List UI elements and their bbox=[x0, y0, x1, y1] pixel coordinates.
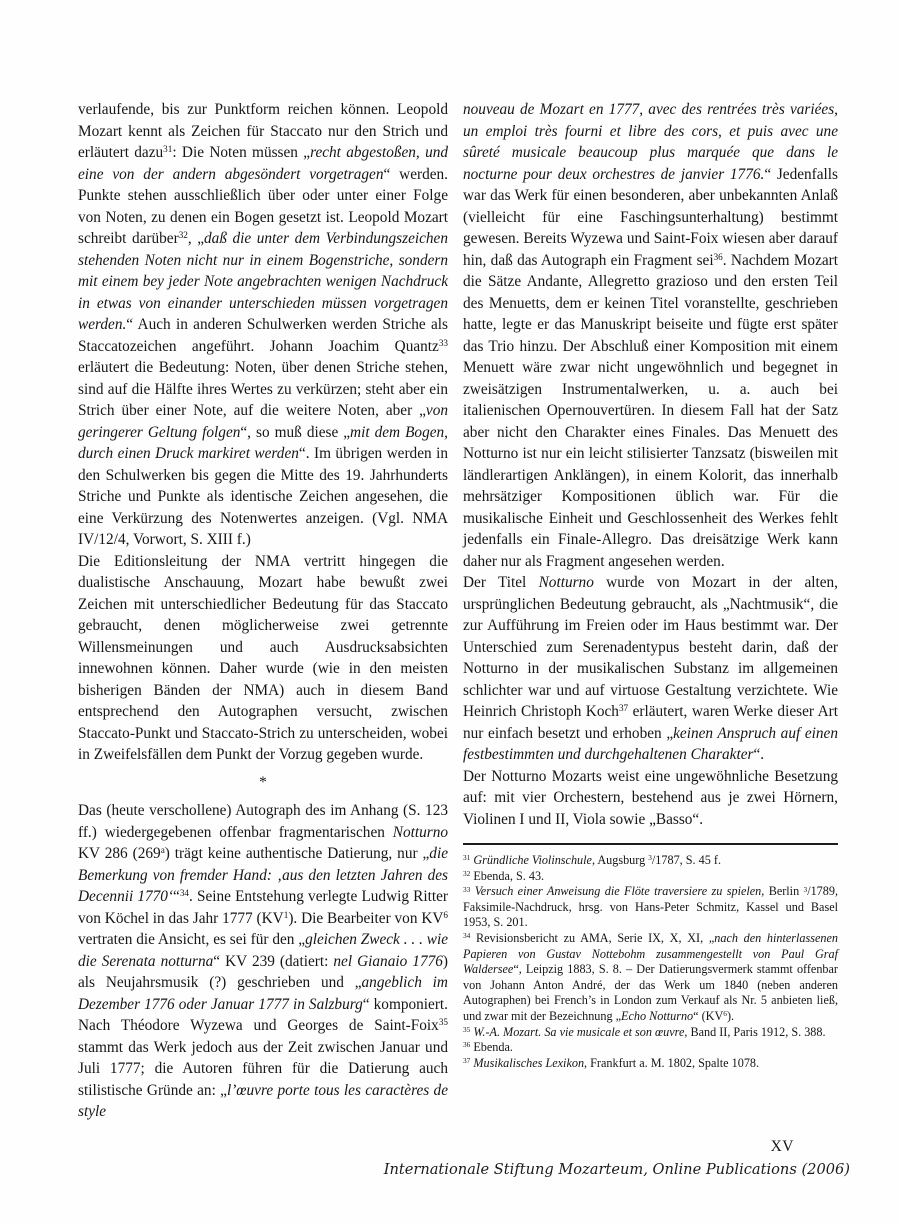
paragraph: Der Notturno Mozarts weist eine ungewöhn… bbox=[463, 766, 838, 831]
superscript-ref: 1 bbox=[284, 910, 289, 920]
text-run: “. bbox=[753, 746, 764, 763]
italic-run: Musikalisches Lexikon bbox=[473, 1056, 584, 1070]
superscript-ref: 36 bbox=[714, 252, 723, 262]
right-column: nouveau de Mozart en 1777, avec des rent… bbox=[463, 99, 838, 1123]
footnote-divider bbox=[463, 843, 838, 845]
footnote-number: 32 bbox=[463, 869, 470, 878]
text-run: “ (KV bbox=[693, 1009, 723, 1023]
document-page: verlaufende, bis zur Punktform reichen k… bbox=[0, 0, 900, 1225]
right-column-paragraphs: nouveau de Mozart en 1777, avec des rent… bbox=[463, 99, 838, 830]
footnote: 34 Revisionsbericht zu AMA, Serie IX, X,… bbox=[463, 931, 838, 1025]
text-run: Die Editionsleitung der NMA vertritt hin… bbox=[78, 553, 448, 764]
paragraph: Der Titel Notturno wurde von Mozart in d… bbox=[463, 572, 838, 766]
superscript-ref: 3 bbox=[804, 885, 808, 894]
paragraph: nouveau de Mozart en 1777, avec des rent… bbox=[463, 99, 838, 572]
text-run: , Frankfurt a. M. 1802, Spalte 1078. bbox=[584, 1056, 759, 1070]
text-run: “ KV 239 (datiert: bbox=[213, 953, 333, 970]
superscript-ref: 33 bbox=[439, 338, 448, 348]
text-run: , „ bbox=[188, 230, 204, 247]
footnote: 33 Versuch einer Anweisung die Flöte tra… bbox=[463, 884, 838, 931]
text-run: “ bbox=[173, 888, 180, 905]
footnote: 35 W.-A. Mozart. Sa vie musicale et son … bbox=[463, 1025, 838, 1041]
text-run: Der Notturno Mozarts weist eine ungewöhn… bbox=[463, 768, 838, 828]
paragraph: Die Editionsleitung der NMA vertritt hin… bbox=[78, 551, 448, 766]
text-run: ). bbox=[727, 1009, 734, 1023]
text-run: “, so muß diese „ bbox=[240, 424, 350, 441]
text-run: vertraten die Ansicht, es sei für den „ bbox=[78, 931, 305, 948]
text-run: Der Titel bbox=[463, 574, 539, 591]
text-run: ) trägt keine authentische Datierung, nu… bbox=[165, 845, 430, 862]
superscript-ref: 31 bbox=[163, 144, 172, 154]
superscript-ref: 37 bbox=[619, 703, 628, 713]
page-number: XV bbox=[771, 1138, 794, 1156]
footnote-number: 35 bbox=[463, 1025, 470, 1034]
text-run: KV 286 (269 bbox=[78, 845, 161, 862]
superscript-ref: 3 bbox=[648, 853, 652, 862]
superscript-ref: 34 bbox=[180, 888, 189, 898]
text-run: Ebenda. bbox=[473, 1040, 513, 1054]
footnote-number: 33 bbox=[463, 885, 470, 894]
text-run: , Berlin bbox=[761, 884, 803, 898]
text-run: , Band II, Paris 1912, S. 388. bbox=[684, 1025, 825, 1039]
text-columns: verlaufende, bis zur Punktform reichen k… bbox=[78, 99, 838, 1123]
text-run: /1787, S. 45 f. bbox=[652, 853, 721, 867]
text-run: Ebenda, S. 43. bbox=[473, 869, 544, 883]
superscript-ref: 32 bbox=[179, 230, 188, 240]
italic-run: Versuch einer Anweisung die Flöte traver… bbox=[475, 884, 762, 898]
footnote: 37 Musikalisches Lexikon, Frankfurt a. M… bbox=[463, 1056, 838, 1072]
text-run: erläutert die Bedeutung: Noten, über den… bbox=[78, 359, 448, 419]
italic-run: W.-A. Mozart. Sa vie musicale et son œuv… bbox=[473, 1025, 684, 1039]
italic-run: Notturno bbox=[539, 574, 594, 591]
italic-run: Notturno bbox=[393, 824, 448, 841]
text-run: . Nachdem Mozart die Sätze Andante, Alle… bbox=[463, 252, 838, 570]
footnote-number: 31 bbox=[463, 853, 470, 862]
superscript-ref: 35 bbox=[439, 1017, 448, 1027]
italic-run: nel Gianaio 1776 bbox=[333, 953, 443, 970]
superscript-ref: 6 bbox=[723, 1009, 727, 1018]
footnote-number: 37 bbox=[463, 1056, 470, 1065]
superscript-ref: a bbox=[161, 845, 165, 855]
text-run: : Die Noten müssen „ bbox=[172, 144, 310, 161]
text-run: , Augsburg bbox=[592, 853, 648, 867]
paragraph: verlaufende, bis zur Punktform reichen k… bbox=[78, 99, 448, 551]
text-run: “ Auch in anderen Schulwerken werden Str… bbox=[78, 316, 448, 355]
superscript-ref: 6 bbox=[443, 910, 448, 920]
text-run: ). Die Bearbeiter von KV bbox=[288, 910, 443, 927]
text-run: Revisionsbericht zu AMA, Serie IX, X, XI… bbox=[476, 931, 714, 945]
section-separator: * bbox=[78, 772, 448, 794]
footnote-number: 34 bbox=[463, 931, 470, 940]
paragraph: Das (heute verschollene) Autograph des i… bbox=[78, 800, 448, 1123]
footnote: 32 Ebenda, S. 43. bbox=[463, 869, 838, 885]
left-column: verlaufende, bis zur Punktform reichen k… bbox=[78, 99, 448, 1123]
italic-run: Echo Notturno bbox=[621, 1009, 693, 1023]
footnote-number: 36 bbox=[463, 1040, 470, 1049]
text-run: wurde von Mozart in der alten, ursprüngl… bbox=[463, 574, 838, 720]
footnote: 31 Gründliche Violinschule, Augsburg 3/1… bbox=[463, 853, 838, 869]
footer-credit: Internationale Stiftung Mozarteum, Onlin… bbox=[384, 1161, 850, 1178]
italic-run: Gründliche Violinschule bbox=[473, 853, 592, 867]
footnote: 36 Ebenda. bbox=[463, 1040, 838, 1056]
footnotes: 31 Gründliche Violinschule, Augsburg 3/1… bbox=[463, 853, 838, 1071]
